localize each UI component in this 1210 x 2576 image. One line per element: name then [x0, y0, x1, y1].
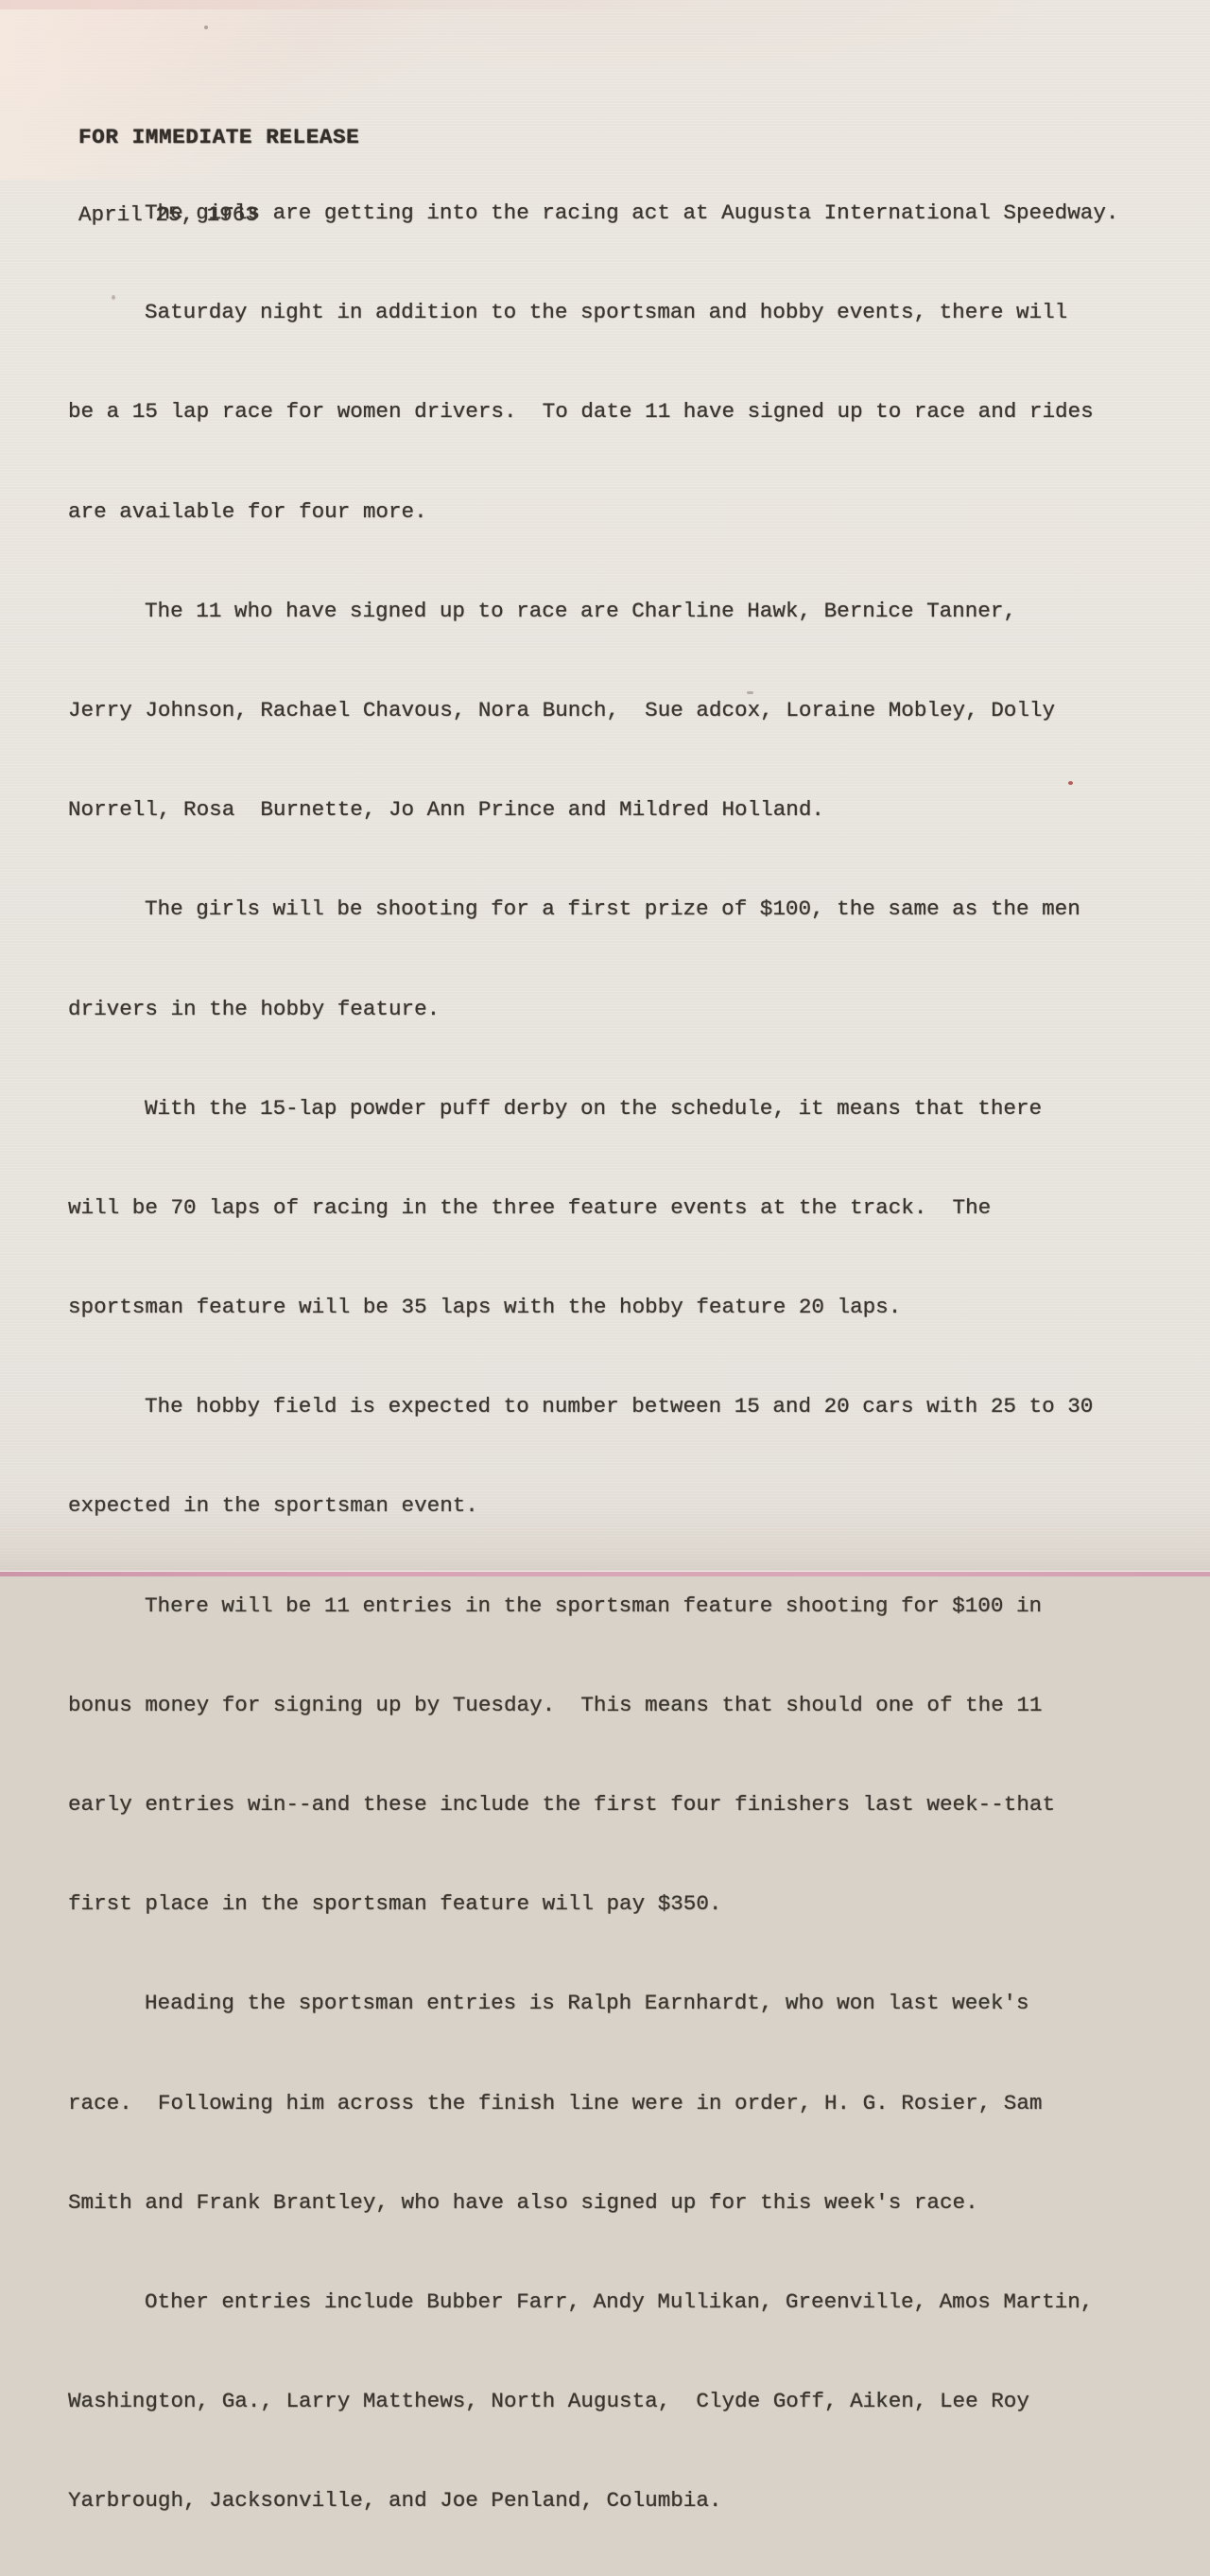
text-line: Jerry Johnson, Rachael Chavous, Nora Bun…	[68, 686, 1197, 736]
text-line: The girls are getting into the racing ac…	[68, 188, 1197, 238]
text-line: sportsman feature will be 35 laps with t…	[68, 1282, 1197, 1332]
text-line: will be 70 laps of racing in the three f…	[68, 1183, 1197, 1233]
scanned-document-page: FOR IMMEDIATE RELEASE April 25, 1963 The…	[0, 0, 1210, 1576]
text-line: be a 15 lap race for women drivers. To d…	[68, 387, 1197, 437]
scan-edge-line	[0, 1571, 1210, 1576]
text-line: Norrell, Rosa Burnette, Jo Ann Prince an…	[68, 785, 1197, 835]
text-line: The 11 who have signed up to race are Ch…	[68, 586, 1197, 636]
document-body: The girls are getting into the racing ac…	[68, 139, 1197, 1576]
text-line: The girls will be shooting for a first p…	[68, 884, 1197, 934]
text-line: Saturday night in addition to the sports…	[68, 287, 1197, 338]
scan-top-edge-tint	[0, 0, 1210, 9]
text-line: The hobby field is expected to number be…	[68, 1382, 1197, 1432]
text-line: are available for four more.	[68, 487, 1197, 537]
text-line: With the 15-lap powder puff derby on the…	[68, 1084, 1197, 1134]
text-line: expected in the sportsman event.	[68, 1481, 1197, 1531]
text-line: drivers in the hobby feature.	[68, 984, 1197, 1035]
paper-speck	[204, 26, 208, 29]
